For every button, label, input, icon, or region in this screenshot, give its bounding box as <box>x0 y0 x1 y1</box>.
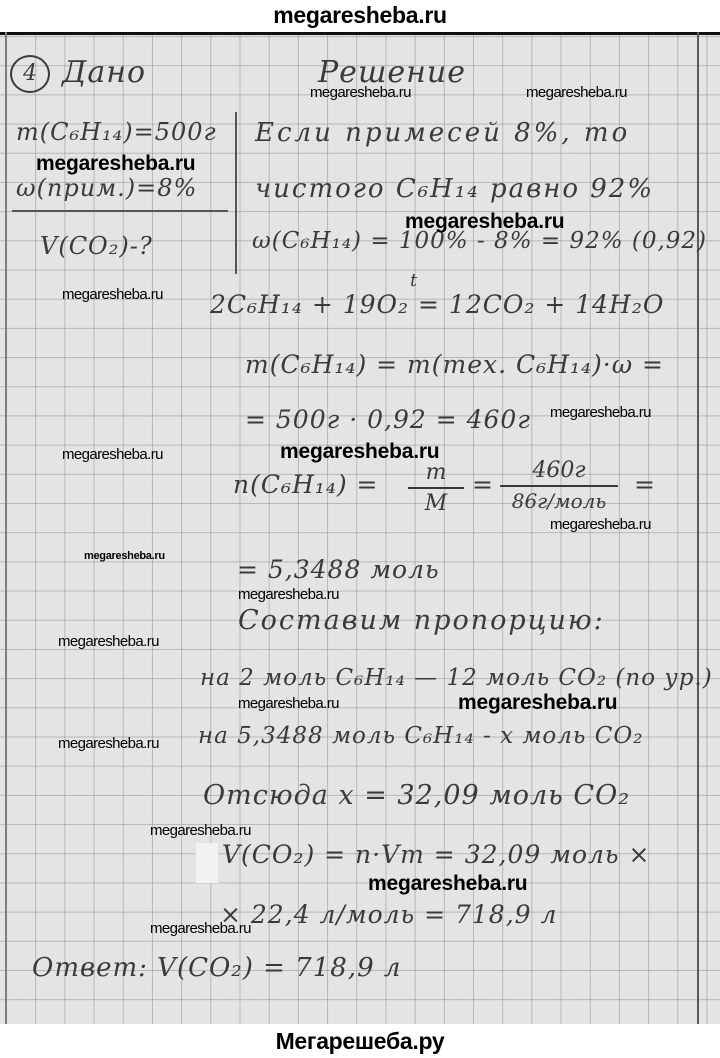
equals-sign: = <box>472 470 494 499</box>
watermark: megaresheba.ru <box>58 633 159 650</box>
answer-line: Ответ: V(CO₂) = 718,9 л <box>32 953 401 983</box>
site-footer: Мегарешеба.ру <box>0 1024 720 1058</box>
watermark: megaresheba.ru <box>550 404 651 421</box>
fraction-denominator: M <box>408 491 464 516</box>
watermark: megaresheba.ru <box>150 920 251 937</box>
task-number-badge: 4 <box>10 55 50 93</box>
watermark: megaresheba.ru <box>62 286 163 303</box>
watermark: megaresheba.ru <box>405 210 564 234</box>
moles-formula: n(C₆H₁₄) = <box>233 470 379 499</box>
watermark: megaresheba.ru <box>150 822 251 839</box>
volume-formula: V(CO₂) = n·Vm = 32,09 моль × <box>222 840 650 869</box>
solution-line-pure: чистого C₆H₁₄ равно 92% <box>255 174 654 204</box>
erased-patch <box>196 843 218 883</box>
fraction-mass-over-molar: 460г 86г/моль <box>500 458 618 513</box>
watermark: megaresheba.ru <box>238 695 339 712</box>
watermark: megaresheba.ru <box>368 872 527 896</box>
given-underline <box>12 210 228 212</box>
given-unknown-volume: V(CO₂)-? <box>40 232 153 260</box>
reaction-equation: 2C₆H₁₄ + 19O₂ = 12CO₂ + 14H₂O <box>210 290 664 319</box>
reaction-condition-t: t <box>410 270 418 291</box>
solution-line-impurities: Если примесей 8%, то <box>255 118 630 148</box>
watermark: megaresheba.ru <box>36 152 195 176</box>
watermark: megaresheba.ru <box>526 84 627 101</box>
given-solution-divider <box>235 112 237 274</box>
watermark: megaresheba.ru <box>238 586 339 603</box>
proportion-line-2: на 5,3488 моль C₆H₁₄ - x моль CO₂ <box>198 723 643 749</box>
mass-formula: m(C₆H₁₄) = m(тех. C₆H₁₄)·ω = <box>245 350 664 379</box>
moles-result: = 5,3488 моль <box>237 555 440 584</box>
fraction-numerator: 460г <box>500 458 618 483</box>
given-impurity-fraction: ω(прим.)=8% <box>16 174 197 202</box>
proportion-line-1: на 2 моль C₆H₁₄ — 12 моль CO₂ (по ур.) <box>200 665 713 691</box>
watermark: megaresheba.ru <box>62 446 163 463</box>
given-title: Дано <box>62 55 146 90</box>
page-left-edge <box>5 32 7 1024</box>
solve-x-line: Отсюда x = 32,09 моль CO₂ <box>203 780 630 811</box>
fraction-bar <box>500 485 618 487</box>
equals-sign: = <box>634 470 656 499</box>
watermark: megaresheba.ru <box>58 735 159 752</box>
watermark: megaresheba.ru <box>458 691 617 715</box>
proportion-heading: Составим пропорцию: <box>238 605 605 636</box>
watermark: megaresheba.ru <box>84 550 165 562</box>
page-margin-line <box>697 32 699 1024</box>
volume-calculation: × 22,4 л/моль = 718,9 л <box>220 900 557 929</box>
fraction-bar <box>408 487 464 489</box>
fraction-denominator: 86г/моль <box>500 489 618 513</box>
watermark: megaresheba.ru <box>280 440 439 464</box>
given-mass: m(C₆H₁₄)=500г <box>16 118 217 146</box>
watermark: megaresheba.ru <box>310 84 411 101</box>
fraction-m-over-M: m M <box>408 460 464 516</box>
mass-calculation: = 500г · 0,92 = 460г <box>245 405 531 434</box>
watermark: megaresheba.ru <box>550 516 651 533</box>
site-header: megaresheba.ru <box>0 0 720 32</box>
